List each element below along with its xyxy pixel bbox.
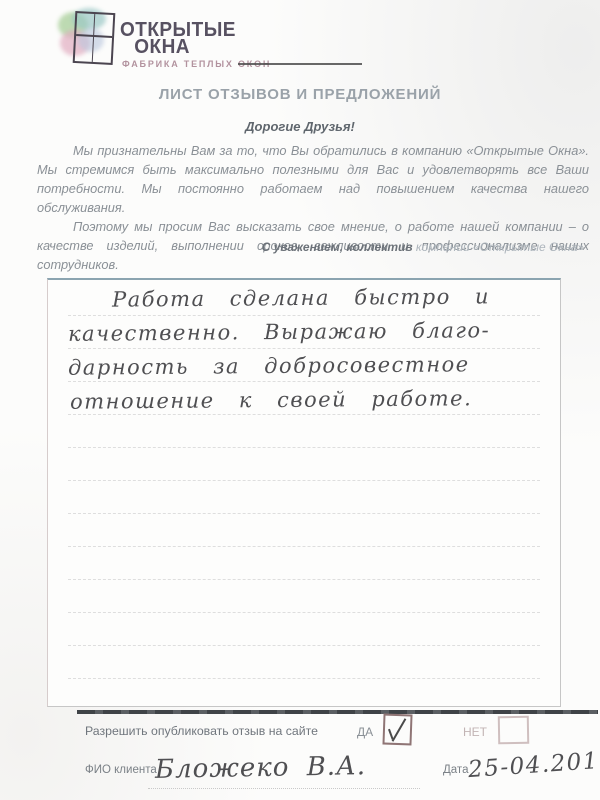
handwritten-line-3: дарность за добросовестное <box>68 352 470 380</box>
publish-question-label: Разрешить опубликовать отзыв на сайте <box>85 724 318 738</box>
scanned-feedback-form: ОТКРЫТЫЕ ОКНА ФАБРИКА ТЕПЛЫХ ОКОН ЛИСТ О… <box>0 0 600 800</box>
yes-checkmark <box>385 716 411 744</box>
signoff: С уважением, коллектив компании «Открыты… <box>262 240 584 254</box>
date-handwritten: 25-04.2016 <box>467 747 600 783</box>
company-name-line2: ОКНА <box>134 39 236 56</box>
client-name-label: ФИО клиента <box>85 764 157 776</box>
footer-separator <box>77 710 598 714</box>
salutation: Дорогие Друзья! <box>0 119 600 134</box>
date-label: Дата <box>443 764 468 776</box>
no-label: НЕТ <box>463 725 487 739</box>
intro-text: Мы признательны Вам за то, что Вы обрати… <box>37 141 589 274</box>
handwritten-line-4: отношение к своей работе. <box>70 386 472 414</box>
client-name-handwritten: Бложеко В.А. <box>155 751 367 785</box>
no-checkbox <box>498 716 529 745</box>
handwritten-line-2: качественно. Выражаю благо- <box>68 318 490 346</box>
yes-label: ДА <box>357 725 373 739</box>
signoff-main: С уважением, коллектив <box>262 240 416 254</box>
page-title: ЛИСТ ОТЗЫВОВ И ПРЕДЛОЖЕНИЙ <box>0 86 600 103</box>
logo-window-frame <box>73 11 116 65</box>
handwritten-line-1: Работа сделана быстро и <box>112 284 490 311</box>
intro-paragraph-1: Мы признательны Вам за то, что Вы обрати… <box>37 141 589 217</box>
yes-checkbox <box>382 714 412 746</box>
client-name-underline <box>148 788 420 789</box>
company-logo-window-icon <box>62 8 114 68</box>
signoff-company: компании «Открытые Окна» <box>416 240 584 254</box>
company-name: ОТКРЫТЫЕ ОКНА <box>120 22 236 56</box>
feedback-box: Работа сделана быстро и качественно. Выр… <box>47 278 561 707</box>
tagline-rule <box>238 63 362 65</box>
